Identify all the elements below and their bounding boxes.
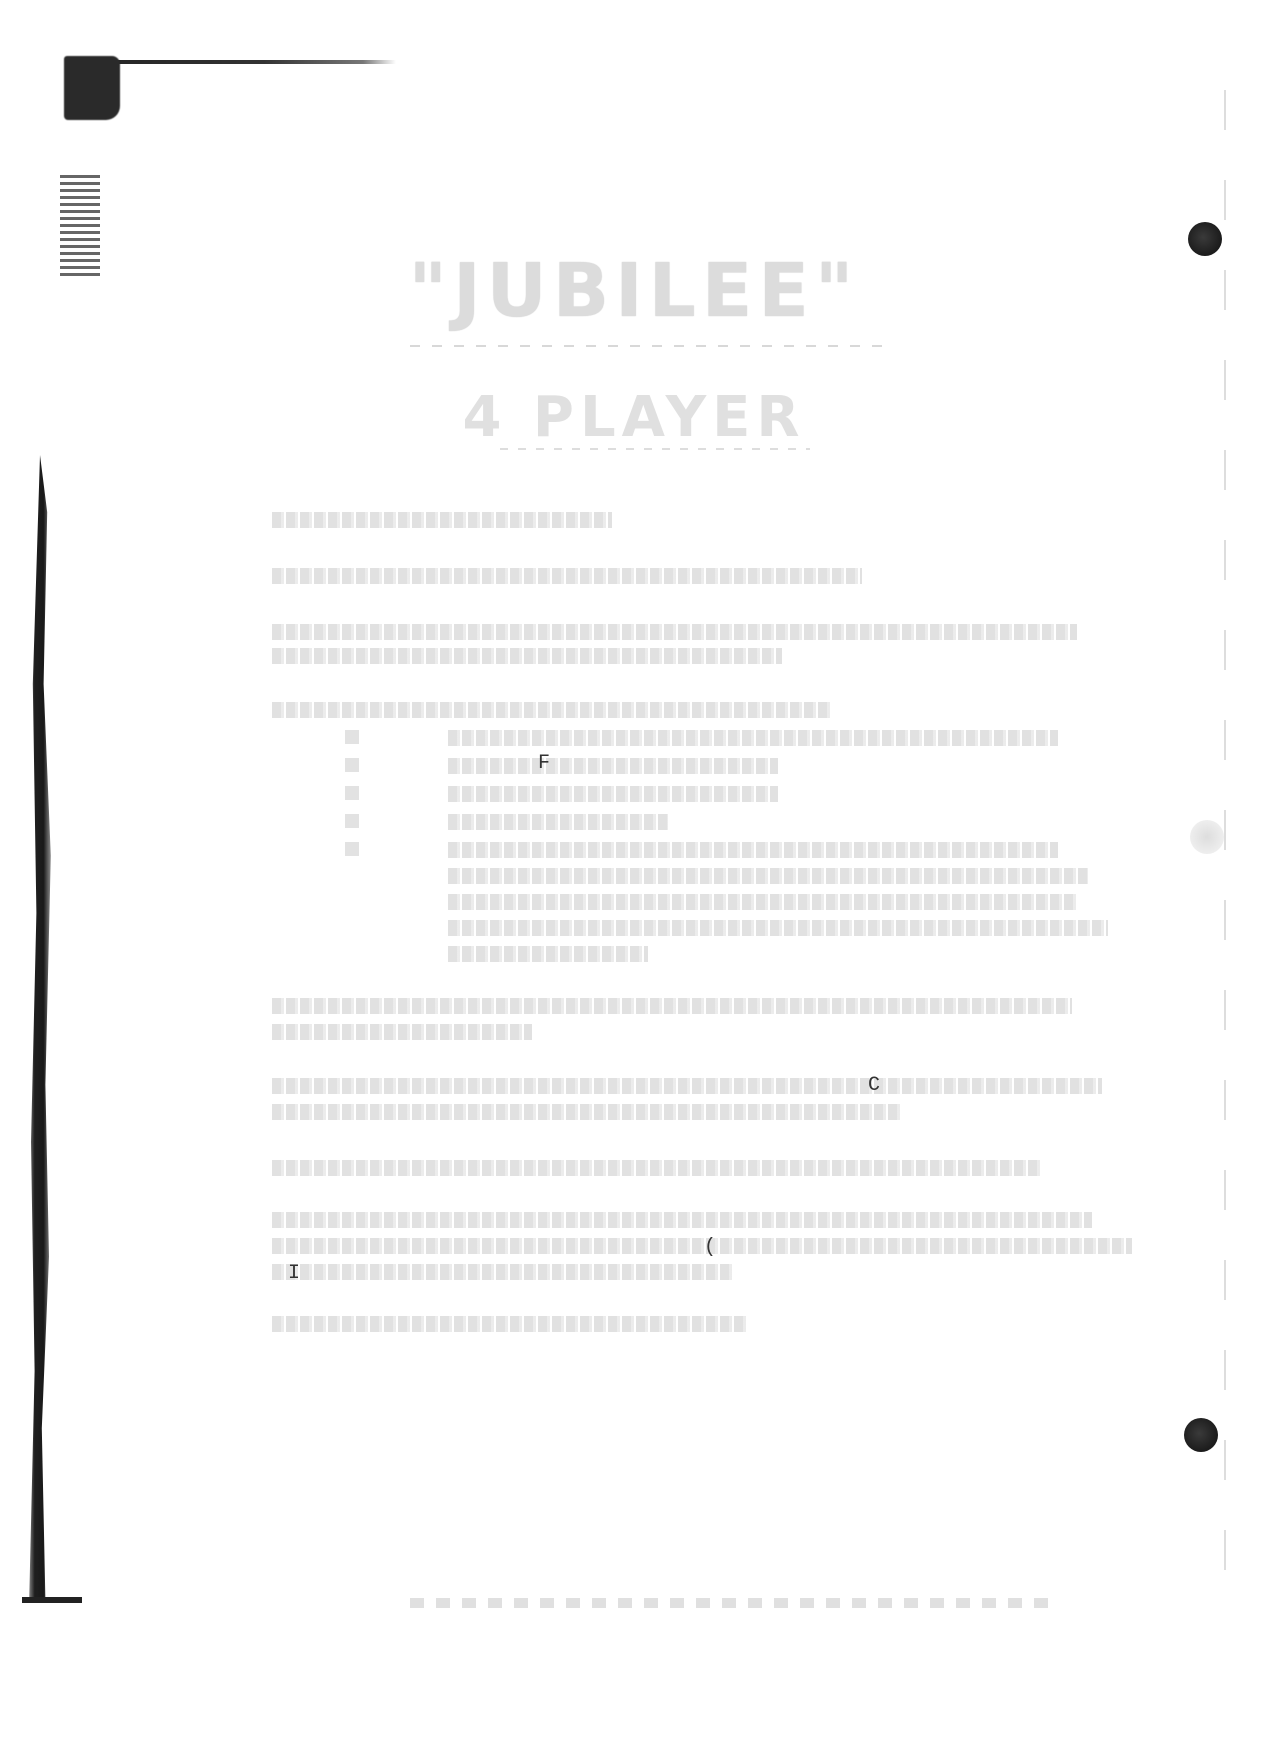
list-item-text: [448, 842, 1058, 858]
list-item-text: [448, 730, 1058, 746]
list-number: [345, 786, 359, 800]
document-title: "JUBILEE": [0, 248, 1268, 334]
stray-character: (: [704, 1236, 716, 1259]
stray-character: F: [538, 752, 550, 775]
list-item-text: [448, 868, 1088, 884]
faded-text-line: [272, 1264, 732, 1280]
list-number: [345, 730, 359, 744]
list-item-text: [448, 814, 668, 830]
faded-text-line: [272, 998, 1072, 1014]
faded-text-line: [272, 648, 782, 664]
faded-text-line: [272, 1024, 532, 1040]
list-item-text: [448, 786, 778, 802]
faded-text-line: [272, 624, 1077, 640]
list-number: [345, 814, 359, 828]
faded-text-line: [272, 1104, 902, 1120]
faded-text-line: [272, 568, 862, 584]
scan-artifact-left-edge: [22, 455, 58, 1600]
scan-artifact-corner-blot: [64, 56, 120, 120]
footer-smudge: [410, 1598, 1050, 1608]
list-item-text: [448, 920, 1108, 936]
stray-character: I: [288, 1262, 300, 1285]
scanned-document-page: "JUBILEE" 4 PLAYER F C ( I: [0, 0, 1268, 1758]
list-item-text: [448, 758, 778, 774]
list-number: [345, 758, 359, 772]
list-item-text: [448, 894, 1078, 910]
title-underline: [410, 345, 890, 347]
scan-artifact-bottom-edge: [22, 1597, 82, 1603]
punch-hole-icon: [1184, 1418, 1218, 1452]
faded-text-line: [272, 1238, 1132, 1254]
punch-hole-faint-icon: [1190, 820, 1224, 854]
list-item-text: [448, 946, 648, 962]
faded-text-line: [272, 1212, 1092, 1228]
faded-text-line: [272, 702, 832, 718]
document-subtitle: 4 PLAYER: [0, 385, 1268, 450]
faded-text-line: [272, 1316, 747, 1332]
faded-text-line: [272, 1160, 1042, 1176]
faded-text-line: [272, 512, 612, 528]
list-number: [345, 842, 359, 856]
stray-character: C: [868, 1074, 880, 1097]
faded-text-line: [272, 1078, 1102, 1094]
subtitle-underline: [500, 448, 810, 450]
